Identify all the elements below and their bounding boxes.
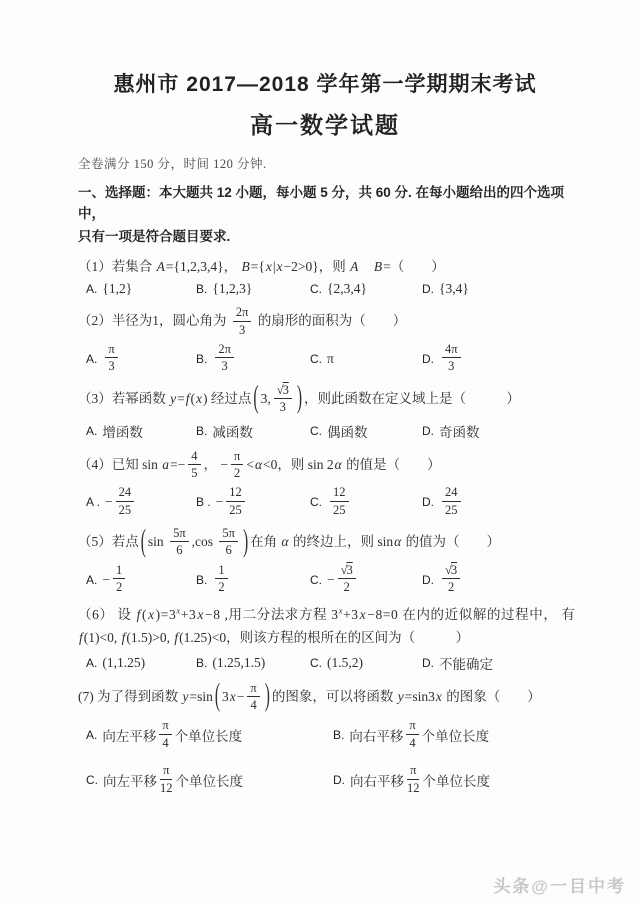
option-label: D. [422,424,434,438]
big-paren: ) [297,377,302,423]
q7-stem: (7) 为了得到函数 y=sin(3x−π4)的图象，可以将函数 y=sin3x… [78,682,572,714]
q7-option-c: C.向左平移 π12 个单位长度 [86,764,333,796]
fraction: 2π3 [215,342,234,374]
q5-option-c: C.−√32 [310,564,422,596]
option-label: C. [310,495,322,509]
option-label: A. [86,573,97,587]
fraction: π4 [247,681,259,713]
q4-option-b: B .−1225 [196,486,310,518]
option-label: B. [196,656,207,670]
fraction: 4π3 [442,342,461,374]
fraction: 2425 [116,485,135,517]
big-paren: ( [141,520,146,566]
option-label: B. [196,424,207,438]
option-label: A. [86,656,97,670]
fraction: 5π6 [170,526,189,558]
q1-option-a: A.{1,2} [86,281,196,297]
fraction: 12 [113,563,125,595]
q2-option-b: B.2π3 [196,343,310,375]
q3-option-a: A.增函数 [86,421,196,441]
q4-option-c: C.1225 [310,486,422,518]
q1-option-d: D.{3,4} [422,281,572,297]
q6-stem: （6） 设 f(x)=3x+3x−8 ,用二分法求方程 3x+3x−8=0 在内… [78,605,572,625]
q5-option-a: A.−12 [86,564,196,596]
q4-options: A .−2425B .−1225C.1225D.2425 [78,486,572,518]
q6-stem-line2: f(1)<0, f(1.5)>0, f(1.25)<0，则该方程的根所在的区间为… [78,628,572,648]
option-label: B. [196,573,207,587]
fraction: π4 [406,718,418,750]
q6-options: A.(1,1.25)B.(1.25,1.5)C.(1.5,2)D.不能确定 [78,653,572,673]
q5-options: A.−12B.12C.−√32D.√32 [78,564,572,596]
section-heading-line2: 只有一项是符合题目要求. [78,227,572,248]
exam-subtitle: 高一数学试题 [78,107,572,140]
option-label: B. [333,728,344,742]
q4-stem: （4）已知 sin a=−45， −π2<α<0，则 sin 2α 的值是（ ） [78,450,572,482]
option-label: A. [86,424,97,438]
q2-option-d: D.4π3 [422,343,572,375]
fraction: π2 [231,449,243,481]
option-label: B. [196,352,207,366]
fraction: 45 [188,449,200,481]
fraction: 2425 [442,485,461,517]
option-label: A. [86,728,97,742]
fraction: 5π6 [219,526,238,558]
section-heading-line1: 一、选择题：本大题共 12 小题，每小题 5 分，共 60 分. 在每小题给出的… [78,183,572,225]
option-label: D. [333,773,345,787]
big-paren: ( [253,377,258,423]
q3-option-b: B.减函数 [196,421,310,441]
option-label: D. [422,495,434,509]
fraction: π12 [160,763,173,795]
q1-options: A.{1,2}B.{1,2,3}C.{2,3,4}D.{3,4} [78,281,572,297]
big-paren: ) [243,520,248,566]
option-label: A. [86,282,97,296]
q3-options: A.增函数B.减函数C.偶函数D.奇函数 [78,421,572,441]
exam-title: 惠州市 2017—2018 学年第一学期期末考试 [78,68,572,98]
q7-option-d: D.向右平移 π12 个单位长度 [333,764,572,796]
fraction: π12 [407,763,420,795]
q1-stem: （1）若集合 A={1,2,3,4}， B={x|x−2>0}，则 A B=（ … [78,257,572,277]
q1-option-b: B.{1,2,3} [196,281,310,297]
q7-option-b: B.向右平移 π4 个单位长度 [333,719,572,751]
option-label: C. [310,424,322,438]
q3-stem: （3）若幂函数 y=f(x) 经过点(3,√33)，则此函数在定义域上是（ ） [78,384,572,416]
q5-stem: （5）若点(sin 5π6,cos 5π6)在角 α 的终边上，则 sinα 的… [78,527,572,559]
q4-option-a: A .−2425 [86,486,196,518]
q4-option-d: D.2425 [422,486,572,518]
q2-option-a: A.π3 [86,343,196,375]
fraction: √33 [274,383,292,415]
q3-option-d: D.奇函数 [422,421,572,441]
option-label: D. [422,656,434,670]
option-label: B. [196,282,207,296]
option-label: D. [422,573,434,587]
fraction: √32 [442,563,460,595]
q7-options: A.向左平移 π4 个单位长度B.向右平移 π4 个单位长度C.向左平移 π12… [78,719,572,796]
q6-option-c: C.(1.5,2) [310,655,422,671]
watermark: 头条@一目中考 [493,872,626,897]
question-list: （1）若集合 A={1,2,3,4}， B={x|x−2>0}，则 A B=（ … [78,257,572,796]
fraction: 1225 [226,485,245,517]
q6-option-a: A.(1,1.25) [86,655,196,671]
exam-page: 惠州市 2017—2018 学年第一学期期末考试 高一数学试题 全卷满分 150… [0,0,640,796]
fraction: 2π3 [233,305,252,337]
fraction: π3 [105,342,117,374]
option-label: B . [196,495,211,509]
exam-meta: 全卷满分 150 分，时间 120 分钟. [78,154,572,172]
option-label: C. [310,573,322,587]
option-label: A. [86,352,97,366]
fraction: √32 [338,563,356,595]
option-label: C. [310,282,322,296]
q6-option-b: B.(1.25,1.5) [196,655,310,671]
q2-option-c: C.π [310,351,422,367]
fraction: π4 [159,718,171,750]
big-paren: ) [265,674,270,720]
option-label: D. [422,352,434,366]
option-label: C. [310,352,322,366]
fraction: 12 [215,563,227,595]
q7-option-a: A.向左平移 π4 个单位长度 [86,719,333,751]
big-paren: ( [215,674,220,720]
q2-options: A.π3B.2π3C.πD.4π3 [78,343,572,375]
fraction: 1225 [330,485,349,517]
q5-option-b: B.12 [196,564,310,596]
option-label: D. [422,282,434,296]
q5-option-d: D.√32 [422,564,572,596]
q1-option-c: C.{2,3,4} [310,281,422,297]
option-label: C. [310,656,322,670]
q2-stem: （2）半径为1，圆心角为 2π3 的扇形的面积为（ ） [78,306,572,338]
option-label: A . [86,495,100,509]
q6-option-d: D.不能确定 [422,653,572,673]
option-label: C. [86,773,98,787]
q3-option-c: C.偶函数 [310,421,422,441]
